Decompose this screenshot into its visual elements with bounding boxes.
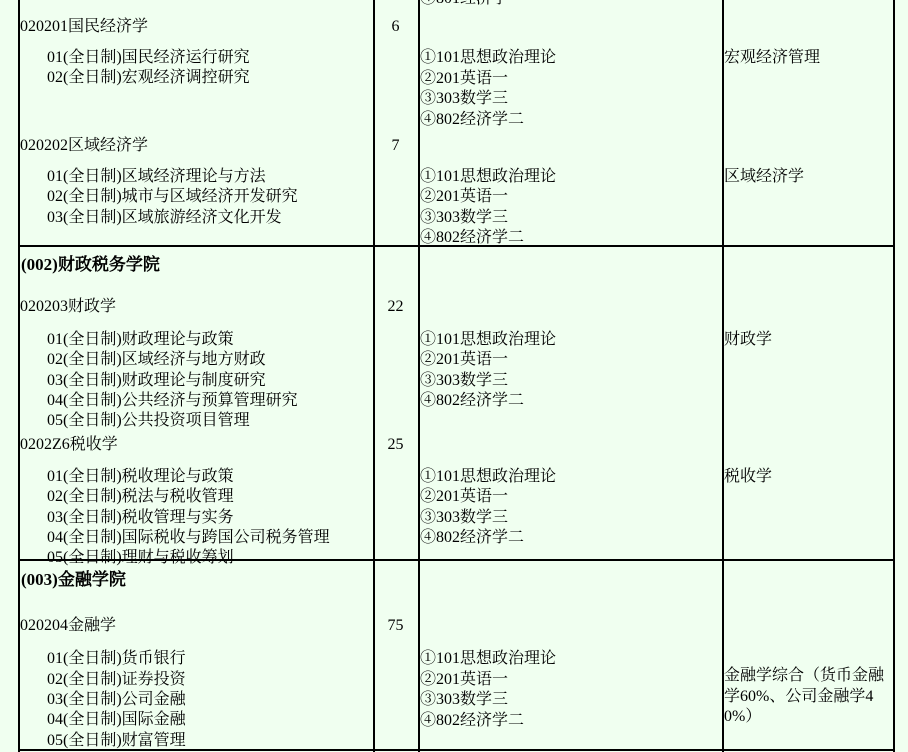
- research-direction: 03(全日制)公司金融: [47, 691, 186, 708]
- admissions-catalog-page: ④801经济学 020201国民经济学 6 01(全日制)国民经济运行研究 02…: [0, 0, 908, 752]
- table-border-col2-left: [373, 0, 375, 752]
- exam-subject: ④802经济学二: [420, 111, 524, 128]
- exam-subject: ①101思想政治理论: [420, 331, 556, 348]
- exam-subject: ①101思想政治理论: [420, 650, 556, 667]
- enrollment-count: 6: [373, 18, 418, 35]
- enrollment-count: 25: [373, 436, 418, 453]
- exam-subject: ②201英语一: [420, 188, 508, 205]
- exam-subject: ③303数学三: [420, 691, 508, 708]
- exam-subject: ④802经济学二: [420, 529, 524, 546]
- remark-text: 区域经济学: [724, 168, 804, 185]
- exam-subject: ③303数学三: [420, 372, 508, 389]
- research-direction: 05(全日制)公共投资项目管理: [47, 412, 250, 429]
- research-direction: 02(全日制)税法与税收管理: [47, 488, 234, 505]
- research-direction: 01(全日制)税收理论与政策: [47, 468, 234, 485]
- exam-subject: ③303数学三: [420, 509, 508, 526]
- remark-text: 宏观经济管理: [724, 49, 820, 66]
- exam-subject: ④802经济学二: [420, 229, 524, 246]
- table-border-col4-left: [722, 0, 724, 752]
- exam-subject: ①101思想政治理论: [420, 468, 556, 485]
- major-code: 020203财政学: [20, 298, 116, 315]
- research-direction: 01(全日制)国民经济运行研究: [47, 49, 250, 66]
- exam-subject: ②201英语一: [420, 488, 508, 505]
- exam-subject-clipped: ④801经济学: [420, 0, 508, 7]
- enrollment-count: 22: [373, 298, 418, 315]
- research-direction: 01(全日制)区域经济理论与方法: [47, 168, 266, 185]
- table-border-right: [893, 0, 895, 752]
- major-code: 020202区域经济学: [20, 137, 148, 154]
- table-border-left: [18, 0, 20, 752]
- research-direction: 02(全日制)宏观经济调控研究: [47, 69, 250, 86]
- research-direction: 01(全日制)财政理论与政策: [47, 331, 234, 348]
- research-direction: 05(全日制)理财与税收筹划: [47, 549, 234, 566]
- research-direction: 04(全日制)国际金融: [47, 711, 186, 728]
- college-header: (003)金融学院: [21, 571, 126, 589]
- enrollment-count: 75: [373, 617, 418, 634]
- exam-subject: ②201英语一: [420, 671, 508, 688]
- research-direction: 05(全日制)财富管理: [47, 732, 186, 749]
- research-direction: 04(全日制)国际税收与跨国公司税务管理: [47, 529, 330, 546]
- research-direction: 02(全日制)区域经济与地方财政: [47, 351, 266, 368]
- major-code: 0202Z6税收学: [20, 436, 118, 453]
- major-code: 020201国民经济学: [20, 18, 148, 35]
- research-direction: 02(全日制)城市与区域经济开发研究: [47, 188, 298, 205]
- research-direction: 03(全日制)税收管理与实务: [47, 509, 234, 526]
- remark-text: 财政学: [724, 331, 772, 348]
- exam-subject: ④802经济学二: [420, 712, 524, 729]
- exam-subject: ②201英语一: [420, 70, 508, 87]
- exam-subject: ①101思想政治理论: [420, 168, 556, 185]
- table-row-divider-3: [18, 749, 895, 751]
- exam-subject: ③303数学三: [420, 90, 508, 107]
- research-direction: 01(全日制)货币银行: [47, 650, 186, 667]
- research-direction: 03(全日制)财政理论与制度研究: [47, 372, 266, 389]
- remark-text: 税收学: [724, 468, 772, 485]
- college-header: (002)财政税务学院: [21, 256, 160, 274]
- exam-subject: ①101思想政治理论: [420, 49, 556, 66]
- research-direction: 04(全日制)公共经济与预算管理研究: [47, 392, 298, 409]
- enrollment-count: 7: [373, 137, 418, 154]
- remark-text: 金融学综合（货币金融学60%、公司金融学40%）: [724, 666, 892, 728]
- exam-subject: ④802经济学二: [420, 392, 524, 409]
- research-direction: 02(全日制)证券投资: [47, 671, 186, 688]
- exam-subject: ②201英语一: [420, 351, 508, 368]
- major-code: 020204金融学: [20, 617, 116, 634]
- exam-subject: ③303数学三: [420, 209, 508, 226]
- research-direction: 03(全日制)区域旅游经济文化开发: [47, 209, 282, 226]
